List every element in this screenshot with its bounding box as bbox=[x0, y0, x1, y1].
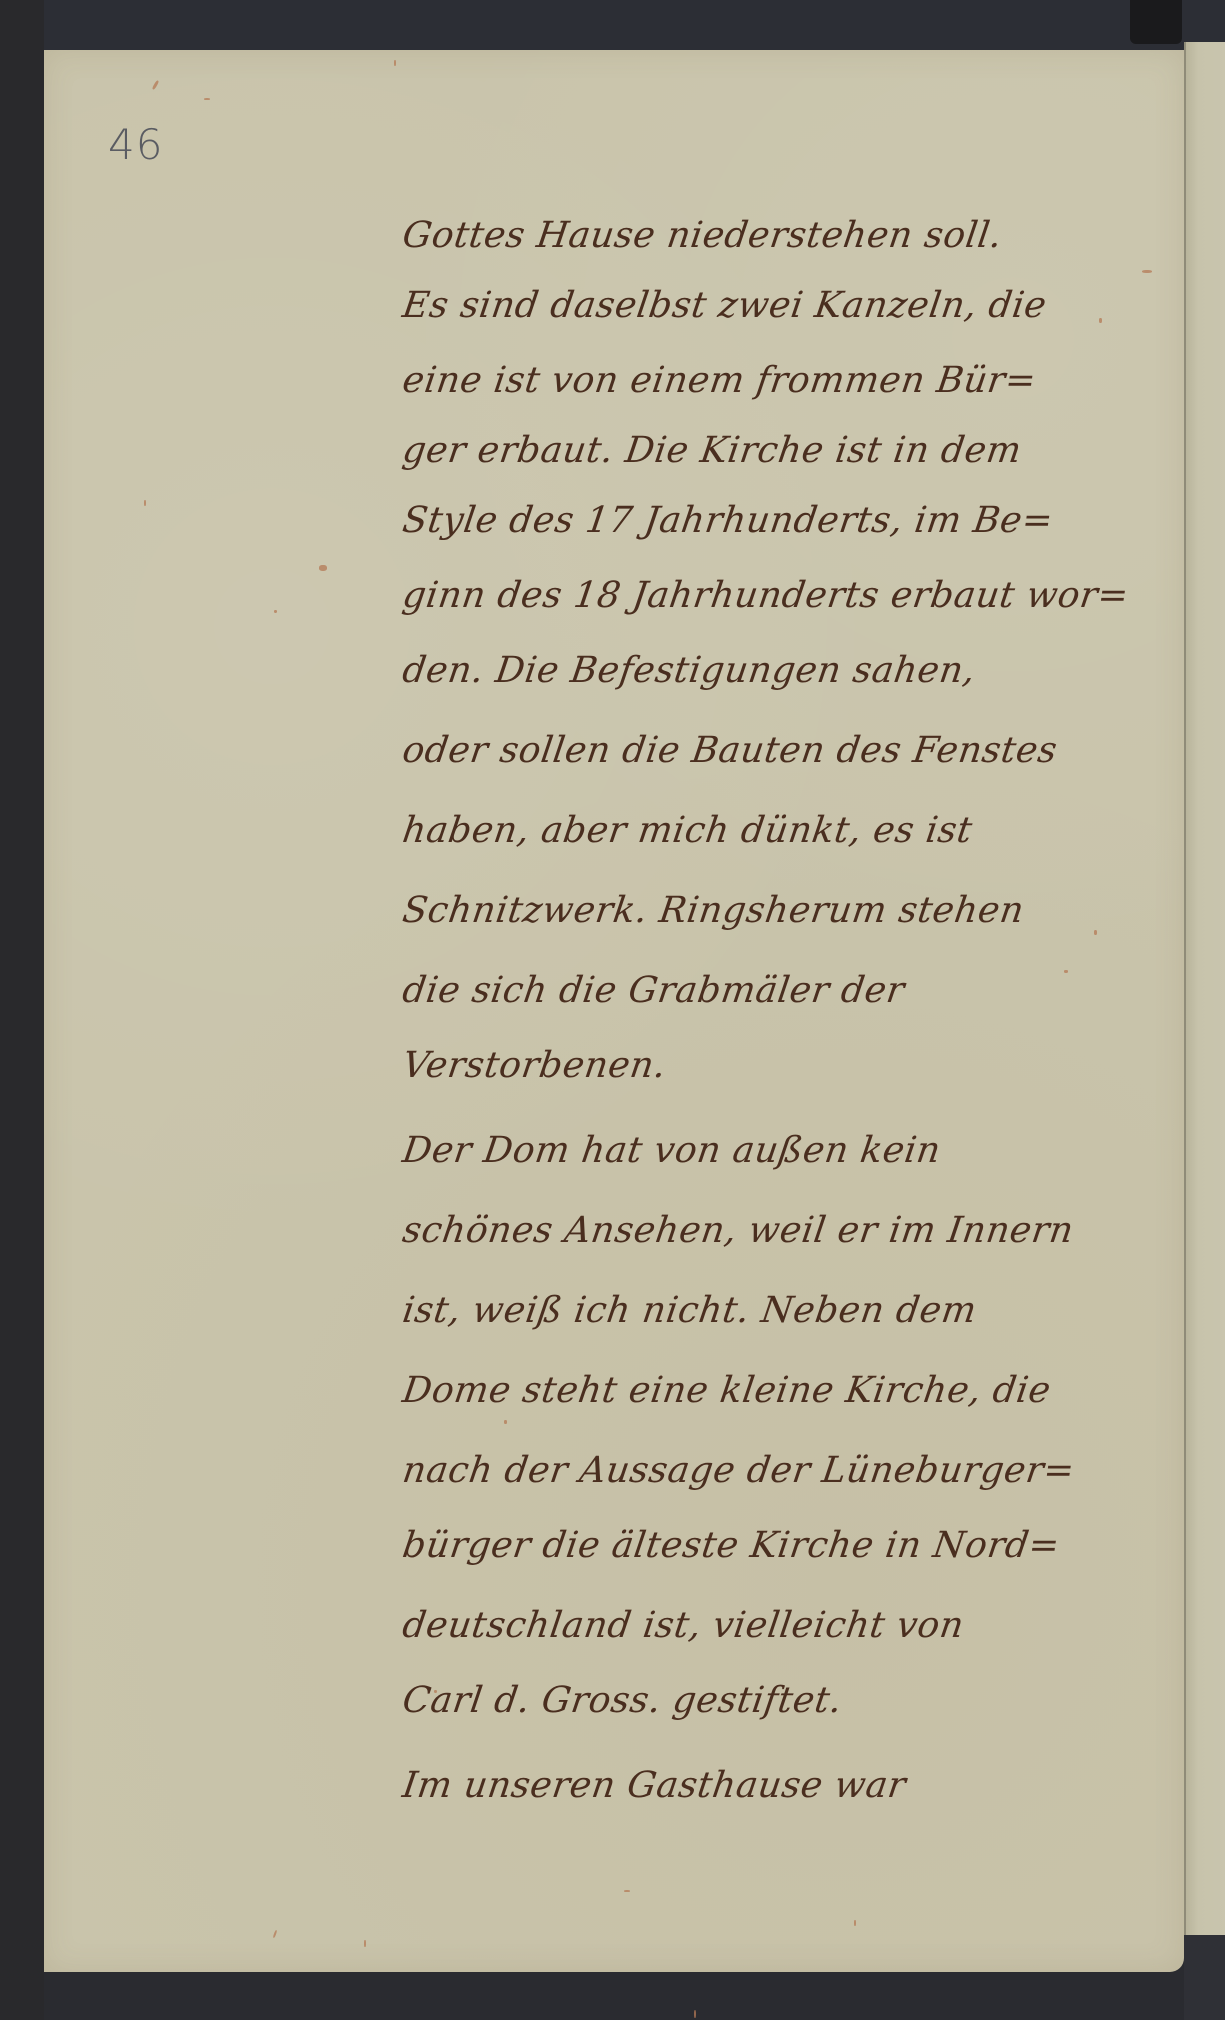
paper-fleck bbox=[694, 2010, 696, 2018]
text-line: Der Dom hat von außen kein bbox=[400, 1130, 943, 1171]
text-line: ginn des 18 Jahrhunderts erbaut wor= bbox=[400, 575, 1131, 616]
paper-fleck bbox=[364, 1940, 366, 1947]
text-line: den. Die Befestigungen sahen, bbox=[400, 650, 978, 691]
paper-fleck bbox=[504, 1420, 507, 1424]
paper-fleck bbox=[152, 80, 160, 90]
scan-backdrop-left bbox=[0, 0, 44, 2020]
text-line: die sich die Grabmäler der bbox=[400, 970, 907, 1011]
paper-fleck bbox=[1099, 318, 1102, 323]
paper-fleck bbox=[1064, 970, 1068, 973]
text-line: Verstorbenen. bbox=[400, 1045, 669, 1086]
text-line: deutschland ist, vielleicht von bbox=[400, 1605, 967, 1646]
paper-fleck bbox=[273, 1930, 278, 1938]
text-line: eine ist von einem frommen Bür= bbox=[400, 360, 1039, 401]
paper-fleck bbox=[854, 1920, 856, 1926]
paper-fleck bbox=[319, 565, 327, 571]
text-line: Schnitzwerk. Ringsherum stehen bbox=[400, 890, 1027, 931]
text-line: Es sind daselbst zwei Kanzeln, die bbox=[400, 285, 1049, 326]
text-line: haben, aber mich dünkt, es ist bbox=[400, 810, 975, 851]
page-number: 46 bbox=[108, 120, 163, 169]
text-line: schönes Ansehen, weil er im Innern bbox=[400, 1210, 1076, 1251]
text-line: ist, weiß ich nicht. Neben dem bbox=[400, 1290, 979, 1331]
binding-clip-shadow bbox=[1130, 0, 1182, 44]
paper-fleck bbox=[1094, 930, 1097, 935]
paper-fleck bbox=[144, 500, 146, 506]
adjacent-page-cut bbox=[1184, 1935, 1225, 2020]
paper-fleck bbox=[394, 60, 396, 66]
text-line: Style des 17 Jahrhunderts, im Be= bbox=[400, 500, 1056, 541]
paper-fleck bbox=[274, 610, 277, 613]
adjacent-page-edge bbox=[1184, 42, 1225, 1942]
text-line: nach der Aussage der Lüneburger= bbox=[400, 1450, 1077, 1491]
scan-backdrop-top bbox=[0, 0, 1225, 50]
text-line: Dome steht eine kleine Kirche, die bbox=[400, 1370, 1053, 1411]
paper-fleck bbox=[204, 98, 210, 100]
text-line: bürger die älteste Kirche in Nord= bbox=[400, 1525, 1062, 1566]
paper-fleck bbox=[1142, 270, 1152, 273]
text-line: Gottes Hause niederstehen soll. bbox=[400, 215, 1005, 256]
text-line: Im unseren Gasthause war bbox=[400, 1765, 909, 1806]
text-line: oder sollen die Bauten des Fenstes bbox=[400, 730, 1060, 771]
paper-fleck bbox=[624, 1890, 630, 1892]
text-line: Carl d. Gross. gestiftet. bbox=[400, 1680, 845, 1721]
text-line: ger erbaut. Die Kirche ist in dem bbox=[400, 430, 1024, 471]
